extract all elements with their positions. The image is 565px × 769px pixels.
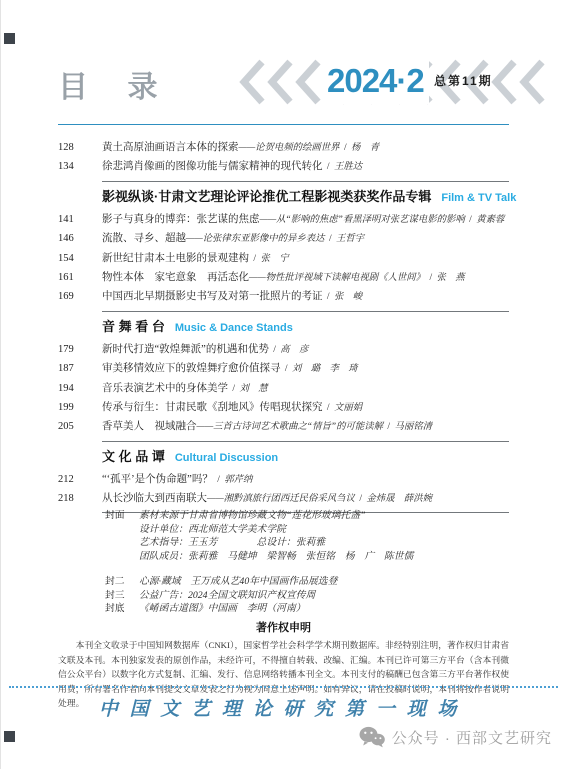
cover-label: 封面 — [105, 509, 139, 563]
cover-line: 设计单位：西北师范大学美术学院 — [139, 523, 511, 537]
toc-entry-page: 146 — [58, 233, 102, 244]
page-header: 目 录 2024·2 总第11期 — [1, 0, 565, 132]
toc-entry: 146流散、寻乡、超越——论张律东亚影像中的异乡表达 / 王哲宇 — [58, 230, 509, 249]
toc-entry-separator: / — [281, 363, 292, 374]
dotted-divider — [9, 686, 558, 688]
toc-entry-authors: 刘 慧 — [239, 384, 267, 394]
cover-line: 艺术指导：王玉芳 总设计：张莉雅 — [139, 536, 511, 550]
toc-entry-page: 141 — [58, 214, 102, 225]
toc-entry-page: 205 — [58, 421, 102, 432]
toc-entry-separator: / — [465, 214, 476, 225]
toc-entry-title: “‘孤平’是个伪命题”吗？ / 郭芹纳 — [102, 471, 252, 486]
cover-lines: 公益广告：2024全国文联知识产权宣传周 — [139, 589, 511, 603]
cover-line: 公益广告：2024全国文联知识产权宣传周 — [139, 589, 511, 603]
toc-entry: 187审美移情效应下的敦煌舞疗愈价值探寻 / 刘 璐 李 琦 — [58, 360, 509, 379]
toc-entry: 154新世纪甘肃本土电影的景观建构 / 张 宁 — [58, 250, 509, 269]
toc-entry-title: 香草美人 视域融合——三首古诗词艺术歌曲之“情旨”的可能读解 / 马丽铭清 — [102, 418, 432, 433]
toc-entry-authors: 王胜达 — [334, 162, 362, 172]
toc-entry: 205香草美人 视域融合——三首古诗词艺术歌曲之“情旨”的可能读解 / 马丽铭清 — [58, 418, 509, 437]
cover-label: 封底 — [105, 602, 139, 616]
header-divider — [58, 124, 509, 125]
section-title-zh: 音 舞 看 台 — [102, 319, 165, 334]
toc-entry-title: 徐悲鸿肖像画的图像功能与儒家精神的现代转化 / 王胜达 — [102, 158, 362, 173]
toc-entry-separator: / — [323, 402, 334, 413]
toc-entry-page: 161 — [58, 272, 102, 283]
toc-entry-page: 169 — [58, 291, 102, 302]
toc-entry-separator: / — [383, 421, 394, 432]
toc-entry: 194音乐表演艺术中的身体美学 / 刘 慧 — [58, 380, 509, 399]
toc-entry-title: 物性本体 家宅意象 再活态化——物性批评视域下读解电视剧《人世间》 / 张 燕 — [102, 269, 465, 284]
section-header: 文 化 品 谭Cultural Discussion — [102, 449, 509, 466]
cover-row: 封面素材来源于甘肃省博物馆珍藏文物“莲花形玻璃托盏”设计单位：西北师范大学美术学… — [105, 509, 511, 563]
toc-entry-subtitle: ——湘黔滇旅行团西迁民俗采风刍议 — [207, 494, 355, 504]
toc-entry-authors: 刘 璐 李 琦 — [292, 364, 358, 374]
cover-label: 封二 — [105, 575, 139, 589]
toc-entry-authors: 马丽铭清 — [394, 422, 432, 432]
section-header: 影视纵谈·甘肃文艺理论评论推优工程影视类获奖作品专辑Film & TV Talk — [102, 189, 509, 206]
wechat-icon — [359, 726, 385, 748]
toc-entry-authors: 金炜晟 薛洪婉 — [366, 494, 432, 504]
toc-entry-separator: / — [249, 253, 260, 264]
toc-entry-authors: 张 燕 — [437, 273, 465, 283]
cover-lines: 心源·藏域 王万成从艺40年中国画作品展选登 — [139, 575, 511, 589]
toc-entry: 169中国西北早期摄影史书写及对第一批照片的考证 / 张 峻 — [58, 288, 509, 307]
cover-line: 团队成员：张莉雅 马健坤 梁智畅 张恒铭 杨 广 陈世儒 — [139, 550, 511, 564]
toc-entry-page: 154 — [58, 253, 102, 264]
section-title-en: Film & TV Talk — [441, 192, 516, 204]
toc-entry: 141影子与真身的博弈：张艺谋的焦虑——从“影响的焦虑”看黑泽明对张艺谋电影的影… — [58, 211, 509, 230]
issue-number: 2024·2 — [322, 58, 429, 104]
toc-entry-title: 黄土高原油画语言本体的探索——论贺电频的绘画世界 / 杨 青 — [102, 139, 379, 154]
toc-entry-page: 212 — [58, 474, 102, 485]
toc-entry-subtitle: ——三首古诗词艺术歌曲之“情旨”的可能读解 — [197, 422, 383, 432]
wechat-badge: 公众号 · 西部文艺研究 — [359, 726, 552, 748]
toc-entry-page: 194 — [58, 383, 102, 394]
toc-entry-separator: / — [325, 233, 336, 244]
cover-row: 封三公益广告：2024全国文联知识产权宣传周 — [105, 589, 511, 603]
toc-entry-authors: 张 峻 — [334, 292, 362, 302]
section-divider — [102, 181, 509, 182]
cover-line: 《崤函古道图》中国画 李明（河南） — [139, 602, 511, 616]
toc-entry-authors: 文丽娟 — [334, 403, 362, 413]
cover-lines: 《崤函古道图》中国画 李明（河南） — [139, 602, 511, 616]
section-title-zh: 影视纵谈·甘肃文艺理论评论推优工程影视类获奖作品专辑 — [102, 189, 431, 204]
issue-banner: 2024·2 总第11期 — [236, 56, 552, 108]
toc-entry-authors: 郭芹纳 — [224, 475, 252, 485]
toc-entry-authors: 杨 青 — [351, 143, 379, 153]
toc-entry-page: 218 — [58, 493, 102, 504]
copyright-title: 著作权申明 — [58, 619, 509, 635]
toc-entry: 199传承与衍生：甘肃民歌《刮地风》传唱现状探究 / 文丽娟 — [58, 399, 509, 418]
toc-entry-separator: / — [425, 272, 436, 283]
toc-entry-page: 128 — [58, 142, 102, 153]
toc-entry-page: 134 — [58, 161, 102, 172]
toc-entry-authors: 黄素蓉 — [476, 215, 504, 225]
section-title-en: Music & Dance Stands — [175, 322, 293, 334]
toc-entry-page: 187 — [58, 363, 102, 374]
toc-entry-title: 流散、寻乡、超越——论张律东亚影像中的异乡表达 / 王哲宇 — [102, 230, 364, 245]
issue-total: 总第11期 — [434, 72, 493, 89]
toc-entry-title: 音乐表演艺术中的身体美学 / 刘 慧 — [102, 380, 268, 395]
toc-entry-subtitle: ——从“影响的焦虑”看黑泽明对张艺谋电影的影响 — [260, 215, 465, 225]
toc-entry-separator: / — [269, 344, 280, 355]
cover-lines: 素材来源于甘肃省博物馆珍藏文物“莲花形玻璃托盏”设计单位：西北师范大学美术学院艺… — [139, 509, 511, 563]
cover-line: 素材来源于甘肃省博物馆珍藏文物“莲花形玻璃托盏” — [139, 509, 511, 523]
toc-entry-separator: / — [323, 291, 334, 302]
toc-entry-authors: 张 宁 — [260, 254, 288, 264]
toc-entry-authors: 高 彦 — [280, 345, 308, 355]
toc-entry-separator: / — [323, 161, 334, 172]
toc-entry-authors: 王哲宇 — [336, 234, 364, 244]
toc-entry-title: 新时代打造“敦煌舞派”的机遇和优势 / 高 彦 — [102, 341, 308, 356]
section-header: 音 舞 看 台Music & Dance Stands — [102, 319, 509, 336]
wechat-label: 公众号 · 西部文艺研究 — [392, 727, 552, 748]
toc-entry: 212“‘孤平’是个伪命题”吗？ / 郭芹纳 — [58, 471, 509, 490]
toc-entry-title: 新世纪甘肃本土电影的景观建构 / 张 宁 — [102, 250, 289, 265]
toc-entry: 134徐悲鸿肖像画的图像功能与儒家精神的现代转化 / 王胜达 — [58, 158, 509, 177]
cover-credits: 封面素材来源于甘肃省博物馆珍藏文物“莲花形玻璃托盏”设计单位：西北师范大学美术学… — [105, 509, 511, 616]
toc-entry-title: 审美移情效应下的敦煌舞疗愈价值探寻 / 刘 璐 李 琦 — [102, 360, 358, 375]
toc-entry-separator: / — [355, 493, 366, 504]
cover-line: 心源·藏域 王万成从艺40年中国画作品展选登 — [139, 575, 511, 589]
toc-entry-subtitle: ——论贺电频的绘画世界 — [239, 143, 340, 153]
toc-entry: 179新时代打造“敦煌舞派”的机遇和优势 / 高 彦 — [58, 341, 509, 360]
toc-entry-subtitle: ——论张律东亚影像中的异乡表达 — [186, 234, 325, 244]
page-title: 目 录 — [58, 62, 174, 106]
section-title-en: Cultural Discussion — [175, 452, 278, 464]
toc-entry-title: 中国西北早期摄影史书写及对第一批照片的考证 / 张 峻 — [102, 288, 362, 303]
toc-entry-separator: / — [228, 383, 239, 394]
cover-row: 封二心源·藏域 王万成从艺40年中国画作品展选登 — [105, 575, 511, 589]
toc-entry-separator: / — [340, 142, 351, 153]
section-divider — [102, 441, 509, 442]
cover-row: 封底《崤函古道图》中国画 李明（河南） — [105, 602, 511, 616]
toc-entry-page: 179 — [58, 344, 102, 355]
toc-entry: 128黄土高原油画语言本体的探索——论贺电频的绘画世界 / 杨 青 — [58, 139, 509, 158]
toc-groups: 128黄土高原油画语言本体的探索——论贺电频的绘画世界 / 杨 青134徐悲鸿肖… — [58, 139, 509, 513]
toc-entry-title: 从长沙临大到西南联大——湘黔滇旅行团西迁民俗采风刍议 / 金炜晟 薛洪婉 — [102, 490, 432, 505]
toc-entry-subtitle: ——物性批评视域下读解电视剧《人世间》 — [249, 273, 425, 283]
corner-mark-bottom — [4, 731, 15, 742]
toc-entry: 161物性本体 家宅意象 再活态化——物性批评视域下读解电视剧《人世间》 / 张… — [58, 269, 509, 288]
cover-label: 封三 — [105, 589, 139, 603]
toc-entry: 218从长沙临大到西南联大——湘黔滇旅行团西迁民俗采风刍议 / 金炜晟 薛洪婉 — [58, 490, 509, 509]
section-title-zh: 文 化 品 谭 — [102, 449, 165, 464]
toc-entry-title: 传承与衍生：甘肃民歌《刮地风》传唱现状探究 / 文丽娟 — [102, 399, 362, 414]
section-divider — [102, 311, 509, 312]
toc-entry-title: 影子与真身的博弈：张艺谋的焦虑——从“影响的焦虑”看黑泽明对张艺谋电影的影响 /… — [102, 211, 504, 226]
footer-slogan: 中国文艺理论研究第一现场 — [1, 694, 565, 721]
toc-entry-page: 199 — [58, 402, 102, 413]
toc-entry-separator: / — [213, 474, 224, 485]
